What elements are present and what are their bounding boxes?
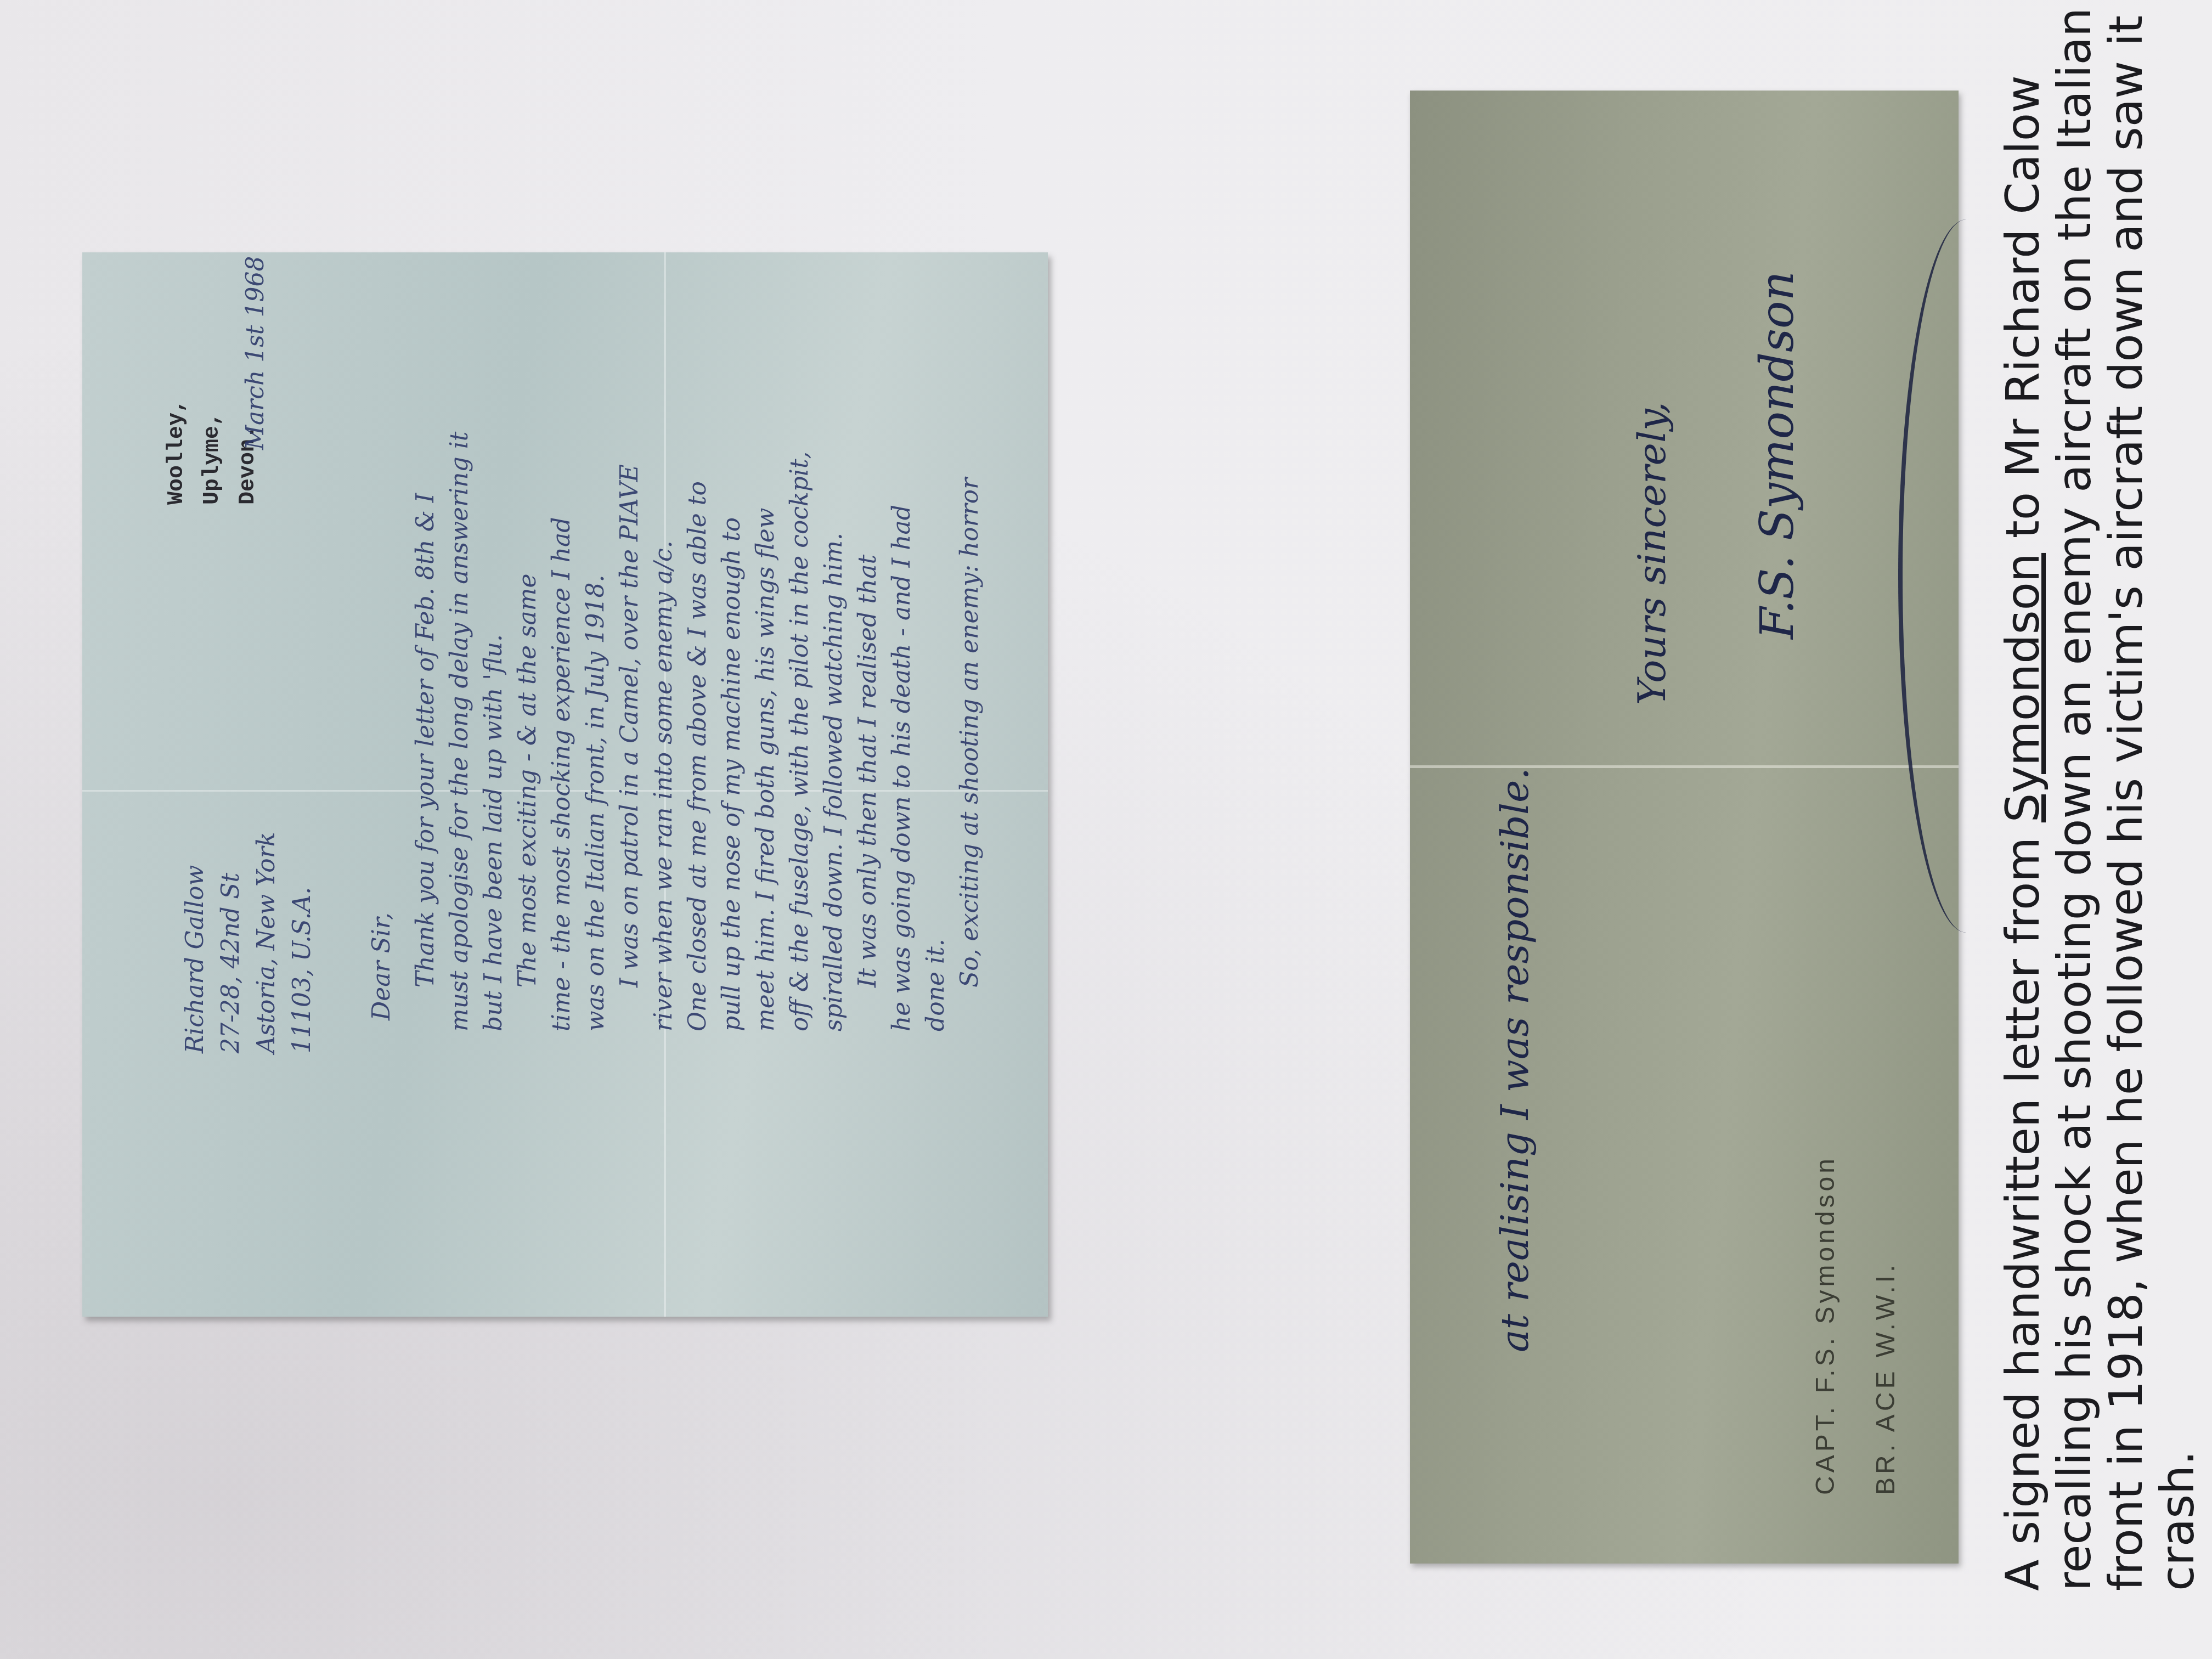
sender-address-line: Woolley,	[165, 399, 189, 505]
sender-address-line: Uplyme,	[200, 413, 225, 505]
letter-body-line: spiralled down. I followed watching him.	[820, 533, 848, 1031]
letter-body-line: meet him. I fired both guns, his wings f…	[752, 508, 780, 1031]
letter-body-line: river when we ran into some enemy a/c.	[650, 540, 678, 1031]
letter-body-line: One closed at me from above & I was able…	[684, 481, 712, 1031]
recipient-address-line: 11103, U.S.A.	[288, 887, 316, 1053]
letter-body-line: at realising I was responsible.	[1492, 768, 1537, 1352]
display-caption: A signed handwritten letter from Symonds…	[1997, 0, 2203, 1591]
letter-body-line: pull up the nose of my machine enough to	[718, 517, 746, 1031]
annotation-line: CAPT. F.S. Symondson	[1810, 1155, 1841, 1495]
letter-body-line: So, exciting at shooting an enemy: horro…	[956, 478, 984, 988]
letter-body-line: was on the Italian front, in July 1918.	[582, 575, 610, 1031]
letter-body-line: Thank you for your letter of Feb. 8th & …	[411, 493, 439, 988]
letter-body-line: time - the most shocking experience I ha…	[548, 517, 575, 1031]
annotation-line: BR. ACE W.W.I.	[1871, 1262, 1901, 1495]
recipient-address-line: Astoria, New York	[252, 832, 280, 1053]
letter-body-line: I was on patrol in a Camel, over the PIA…	[616, 464, 644, 988]
recipient-address-line: Richard Gallow	[181, 865, 209, 1053]
recipient-address-line: 27-28, 42nd St	[217, 873, 245, 1053]
letter-date: March 1st 1968	[241, 256, 269, 450]
letter-body-line: The most exciting - & at the same	[513, 573, 541, 988]
letter-body-line: must apologise for the long delay in ans…	[445, 432, 473, 1031]
signature: F.S. Symondson	[1750, 271, 1804, 639]
salutation: Dear Sir,	[368, 912, 396, 1020]
caption-prefix: A signed handwritten letter from	[1996, 822, 2050, 1591]
symondson-link[interactable]: Symondson	[1996, 553, 2050, 822]
letter-page-1: Woolley, Uplyme, Devon. March 1st 1968 R…	[82, 252, 1048, 1317]
letter-body-line: off & the fuselage, with the pilot in th…	[786, 451, 814, 1031]
letter-body-line: but I have been laid up with 'flu.	[479, 634, 507, 1031]
letter-body-line: done it.	[922, 939, 950, 1031]
closing: Yours sincerely,	[1629, 402, 1674, 705]
letter-body-line: It was only then that I realised that	[854, 555, 882, 988]
letter-page-2: at realising I was responsible. Yours si…	[1410, 91, 1959, 1564]
letter-body-line: he was going down to his death - and I h…	[888, 505, 916, 1031]
